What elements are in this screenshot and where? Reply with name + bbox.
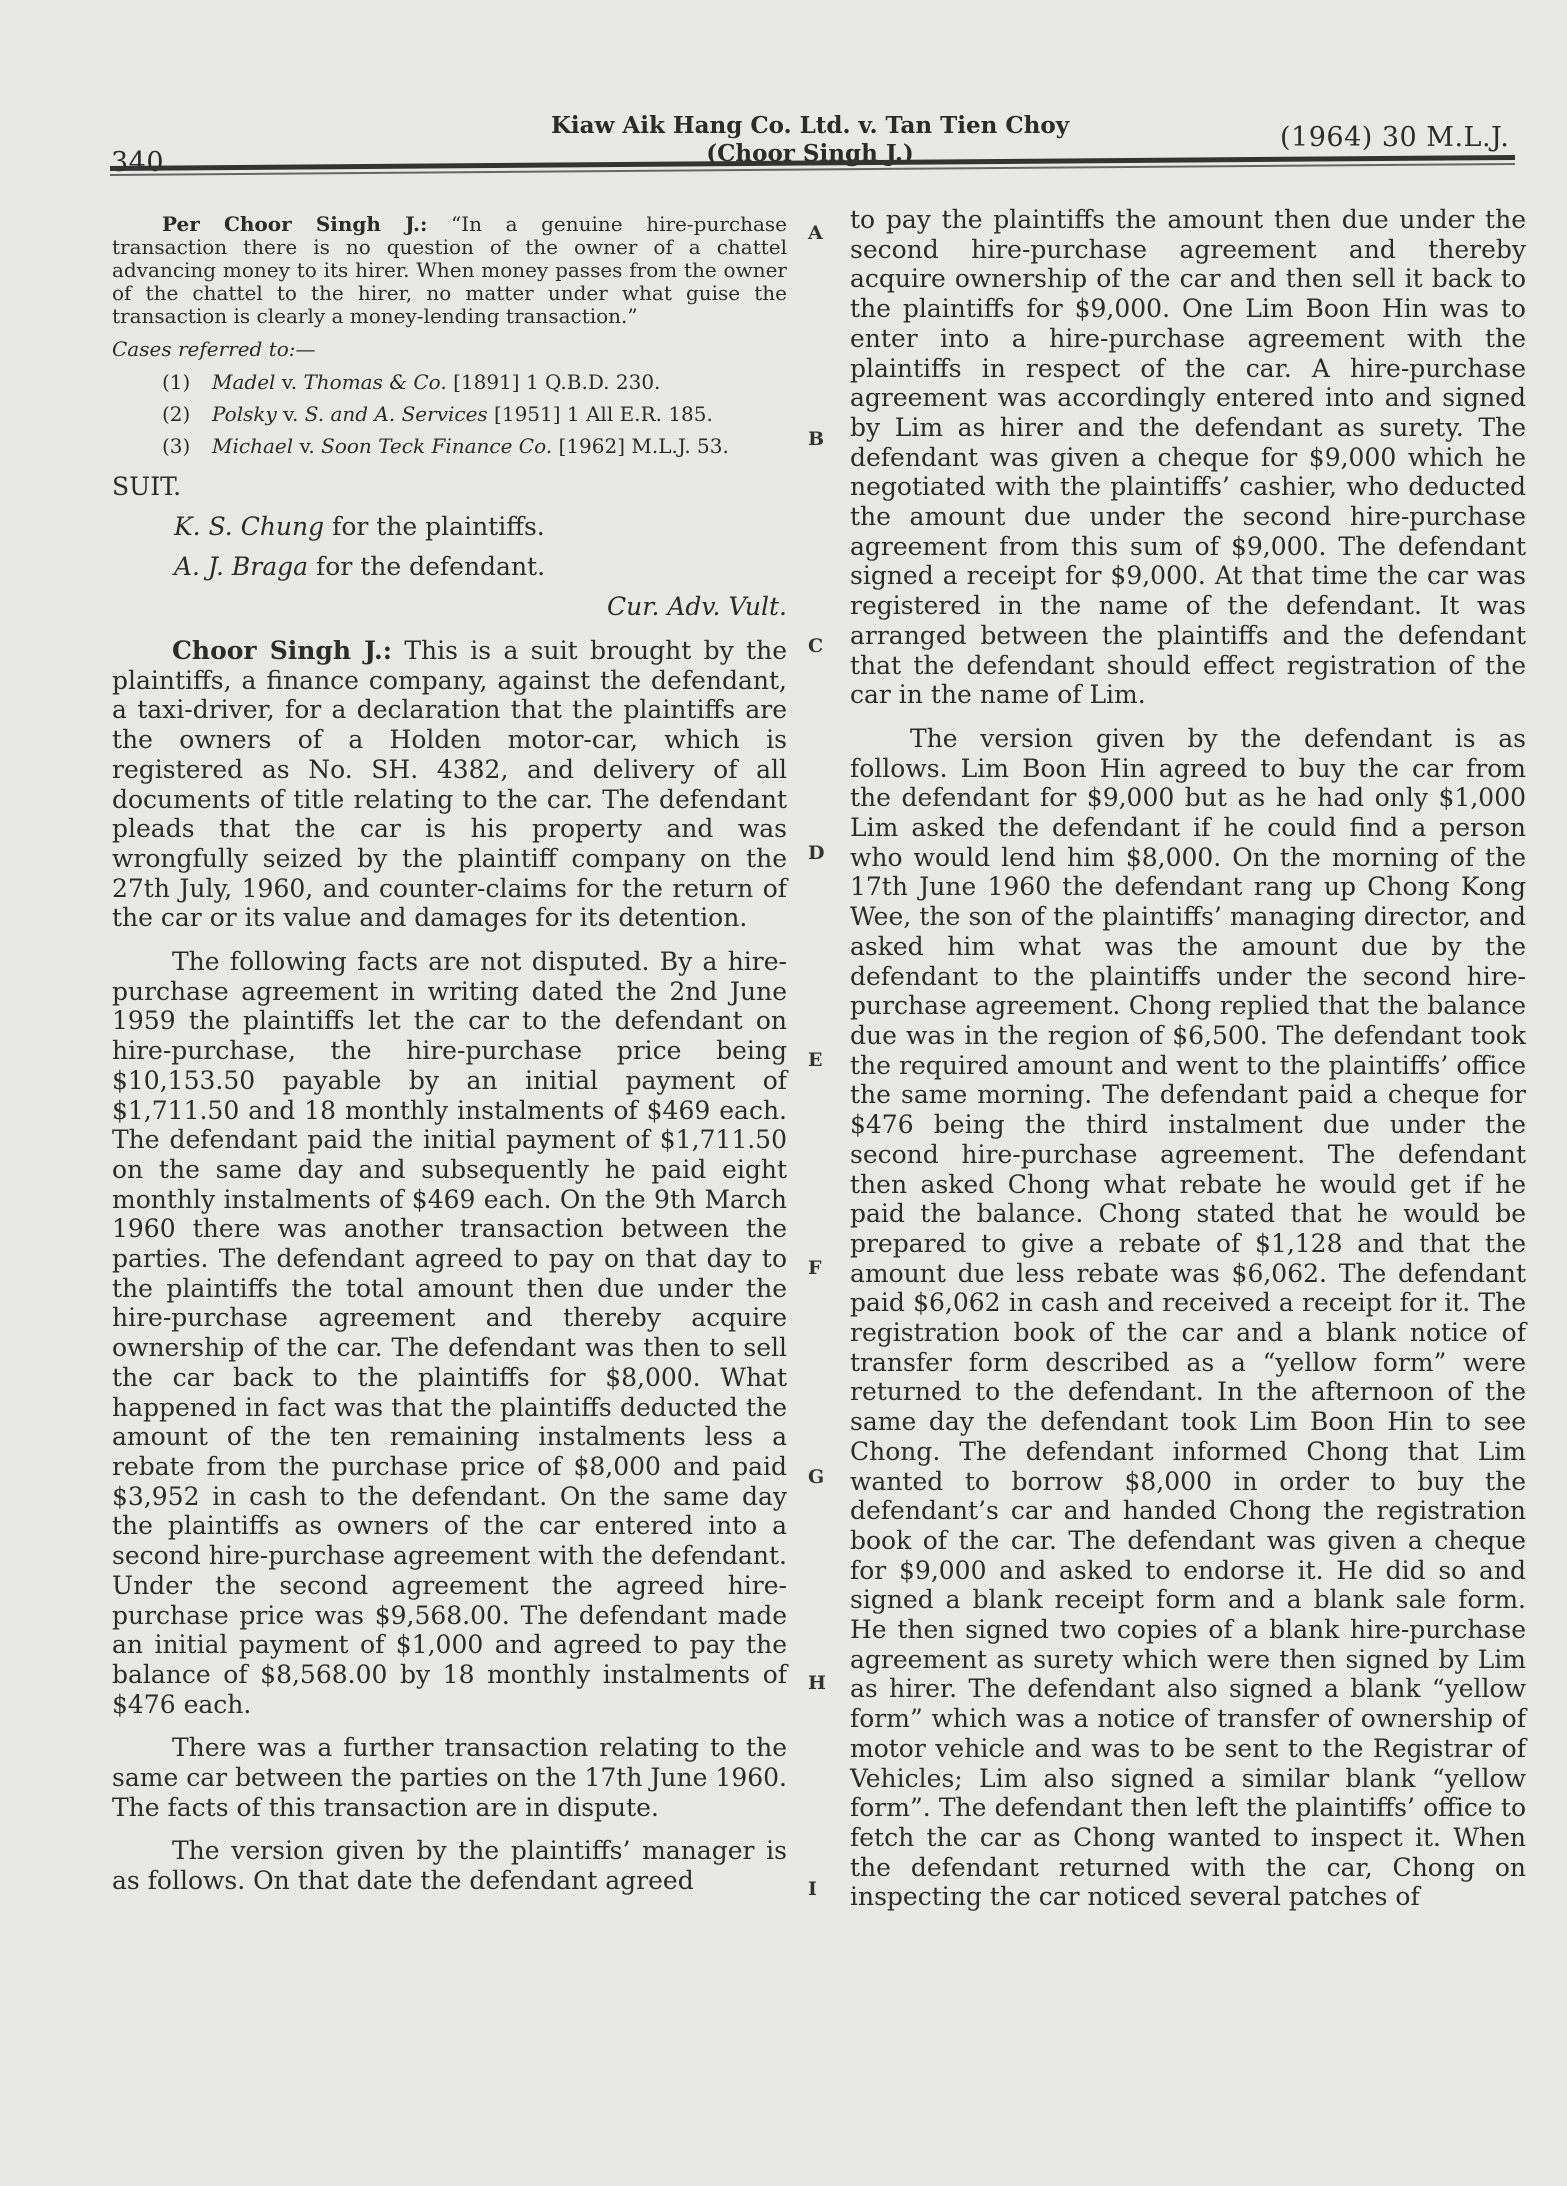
cases-referred-label: Cases referred to:— [112, 336, 787, 362]
margin-letter-h: H [808, 1672, 826, 1694]
margin-letter-a: A [808, 222, 823, 244]
margin-letter-c: C [808, 635, 823, 657]
paragraph-text: This is a suit brought by the plaintiffs… [112, 636, 787, 932]
case-number: (2) [162, 402, 212, 426]
case-number: (3) [162, 434, 212, 458]
case-citation: (2) Polsky v. S. and A. Services [1951] … [112, 402, 787, 426]
judgment-paragraph: The following facts are not disputed. By… [112, 947, 787, 1719]
party-a: Madel [212, 370, 275, 394]
citation: [1962] M.L.J. 53. [552, 434, 729, 458]
judgment-paragraph: There was a further transaction relating… [112, 1733, 787, 1822]
left-column: Per Choor Singh J.: “In a genuine hire-p… [112, 213, 787, 1896]
party-b: Soon Teck Finance Co. [321, 434, 552, 458]
margin-letter-i: I [808, 1878, 817, 1900]
judgment-paragraph: to pay the plaintiffs the amount then du… [850, 205, 1526, 710]
law-report-page: 340 Kiaw Aik Hang Co. Ltd. v. Tan Tien C… [0, 0, 1567, 2186]
margin-letter-e: E [808, 1049, 822, 1071]
headnote-speaker: Per Choor Singh J.: [162, 212, 427, 236]
margin-letter-d: D [808, 842, 824, 864]
cur-adv-vult: Cur. Adv. Vult. [112, 592, 787, 622]
suit-heading: SUIT. [112, 472, 787, 502]
margin-letter-g: G [808, 1466, 824, 1488]
counsel-name: A. J. Braga [174, 552, 308, 581]
party-a: Polsky [212, 402, 277, 426]
judgment-paragraph: Choor Singh J.: This is a suit brought b… [112, 636, 787, 933]
citation: [1951] 1 All E.R. 185. [488, 402, 713, 426]
versus: v. [277, 402, 305, 426]
right-column: to pay the plaintiffs the amount then du… [850, 205, 1526, 1912]
judgment-paragraph: The version given by the plaintiffs’ man… [112, 1836, 787, 1895]
margin-letter-b: B [808, 428, 824, 450]
judge-label: Choor Singh J.: [172, 636, 392, 665]
party-a: Michael [212, 434, 293, 458]
report-citation: (1964) 30 M.L.J. [1280, 122, 1509, 153]
case-citation: (1) Madel v. Thomas & Co. [1891] 1 Q.B.D… [112, 370, 787, 394]
case-citation: (3) Michael v. Soon Teck Finance Co. [19… [112, 434, 787, 458]
versus: v. [293, 434, 321, 458]
counsel-plaintiffs: K. S. Chung for the plaintiffs. [112, 512, 787, 542]
margin-letter-f: F [808, 1257, 822, 1279]
case-number: (1) [162, 370, 212, 394]
case-title: Kiaw Aik Hang Co. Ltd. v. Tan Tien Choy [520, 112, 1100, 140]
counsel-role: for the plaintiffs. [324, 512, 545, 541]
party-b: S. and A. Services [305, 402, 488, 426]
headnote: Per Choor Singh J.: “In a genuine hire-p… [112, 213, 787, 328]
versus: v. [275, 370, 303, 394]
citation: [1891] 1 Q.B.D. 230. [447, 370, 661, 394]
judgment-paragraph: The version given by the defendant is as… [850, 724, 1526, 1912]
counsel-name: K. S. Chung [174, 512, 324, 541]
counsel-role: for the defendant. [308, 552, 545, 581]
counsel-defendant: A. J. Braga for the defendant. [112, 552, 787, 582]
party-b: Thomas & Co. [303, 370, 446, 394]
